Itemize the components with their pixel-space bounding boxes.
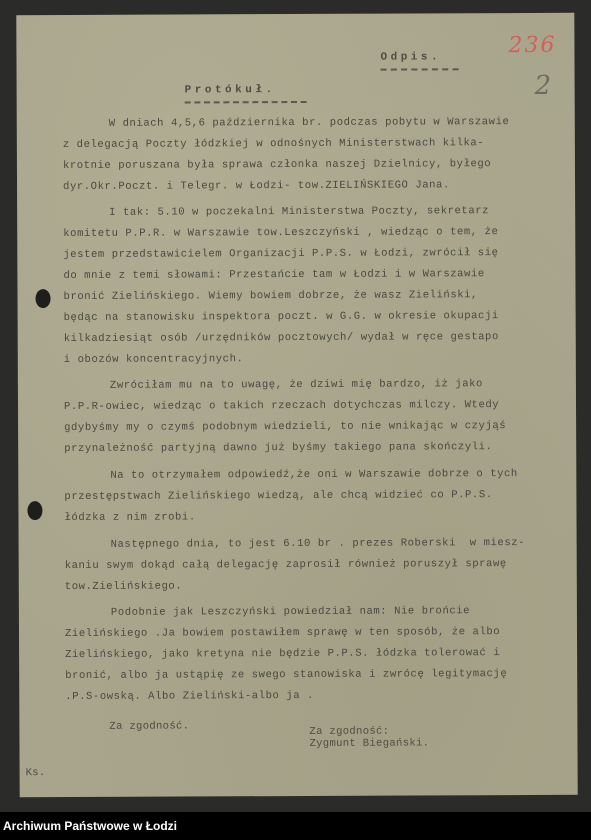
text-line: będąc na stanowisku inspektora poczt. w … <box>64 310 499 324</box>
text-line: komitetu P.P.R. w Warszawie tow.Leszczyń… <box>63 226 498 240</box>
text-line: tow.Zielińskiego. <box>65 581 182 594</box>
page-number: 2 <box>535 71 552 101</box>
closing-right-label: Za zgodność: <box>309 726 389 738</box>
signatory-name: Zygmunt Biegański. <box>309 737 429 750</box>
closing-left: Za zgodność. <box>109 720 189 732</box>
document-title-underline <box>185 101 307 104</box>
archive-number: 236 <box>508 33 556 58</box>
heading-odpis-underline <box>381 68 459 70</box>
punch-hole-top <box>35 289 50 308</box>
document-title: Protókuł. <box>185 84 276 96</box>
text-line: bronić, albo ja ustąpię ze swego stanowi… <box>65 668 507 682</box>
text-line: bronić Zielińskiego. Wiemy bowiem dobrze… <box>64 289 478 303</box>
text-line: z delegacją Poczty łódzkiej w odnośnych … <box>63 137 484 151</box>
text-line: do mnie z temi słowami: Przestańcie tam … <box>63 268 484 282</box>
text-line: kilkadziesiąt osób /urzędników pocztowyc… <box>64 331 499 345</box>
text-line: przestępstwach Zielińskiego wiedzą, ale … <box>64 489 492 503</box>
text-line: gdybyśmy my o czymś podobnym wiedzieli, … <box>64 420 506 434</box>
text-line: przynależność partyjną dawno już byśmy t… <box>64 441 492 455</box>
text-line: P.P.R-owiec, wiedząc o takich rzeczach d… <box>64 399 499 413</box>
punch-hole-bottom <box>27 501 42 520</box>
text-line: dyr.Okr.Poczt. i Telegr. w Łodzi- tow.ZI… <box>63 179 450 193</box>
text-line: .P.S-owską. Albo Zieliński-albo ja . <box>65 690 314 703</box>
text-line: W dniach 4,5,6 października br. podczas … <box>63 116 510 130</box>
text-line: łódzka z nim zrobi. <box>64 511 195 524</box>
text-line: kaniu swym dokąd całą delegację zaprosił… <box>65 558 507 572</box>
archive-name-label: Archiwum Państwowe w Łodzi <box>3 819 177 833</box>
text-line: Następnego dnia, to jest 6.10 br . preze… <box>65 537 525 551</box>
initials: Ks. <box>26 767 46 779</box>
text-line: krotnie poruszana była sprawa członka na… <box>63 158 491 172</box>
text-line: Podobnie jak Leszczyński powiedział nam:… <box>65 605 470 619</box>
document-page: 236 2 Odpis. Protókuł. W dniach 4,5,6 pa… <box>16 13 577 797</box>
footer-bar: Archiwum Państwowe w Łodzi <box>0 812 591 840</box>
text-line: I tak: 5.10 w poczekalni Ministerstwa Po… <box>63 205 489 219</box>
text-line: Zwróciłam mu na to uwagę, że dziwi mię b… <box>64 378 483 392</box>
text-line: Na to otrzymałem odpowiedź,że oni w Wars… <box>64 468 518 482</box>
text-line: Zielińskiego .Ja bowiem postawiłem spraw… <box>65 626 500 640</box>
text-line: i obozów koncentracyjnych. <box>64 353 244 366</box>
text-line: jestem przedstawicielem Organizacji P.P.… <box>63 247 498 261</box>
text-line: Zielińskiego, jako kretyna nie będzie P.… <box>65 647 500 661</box>
heading-odpis: Odpis. <box>380 51 441 63</box>
